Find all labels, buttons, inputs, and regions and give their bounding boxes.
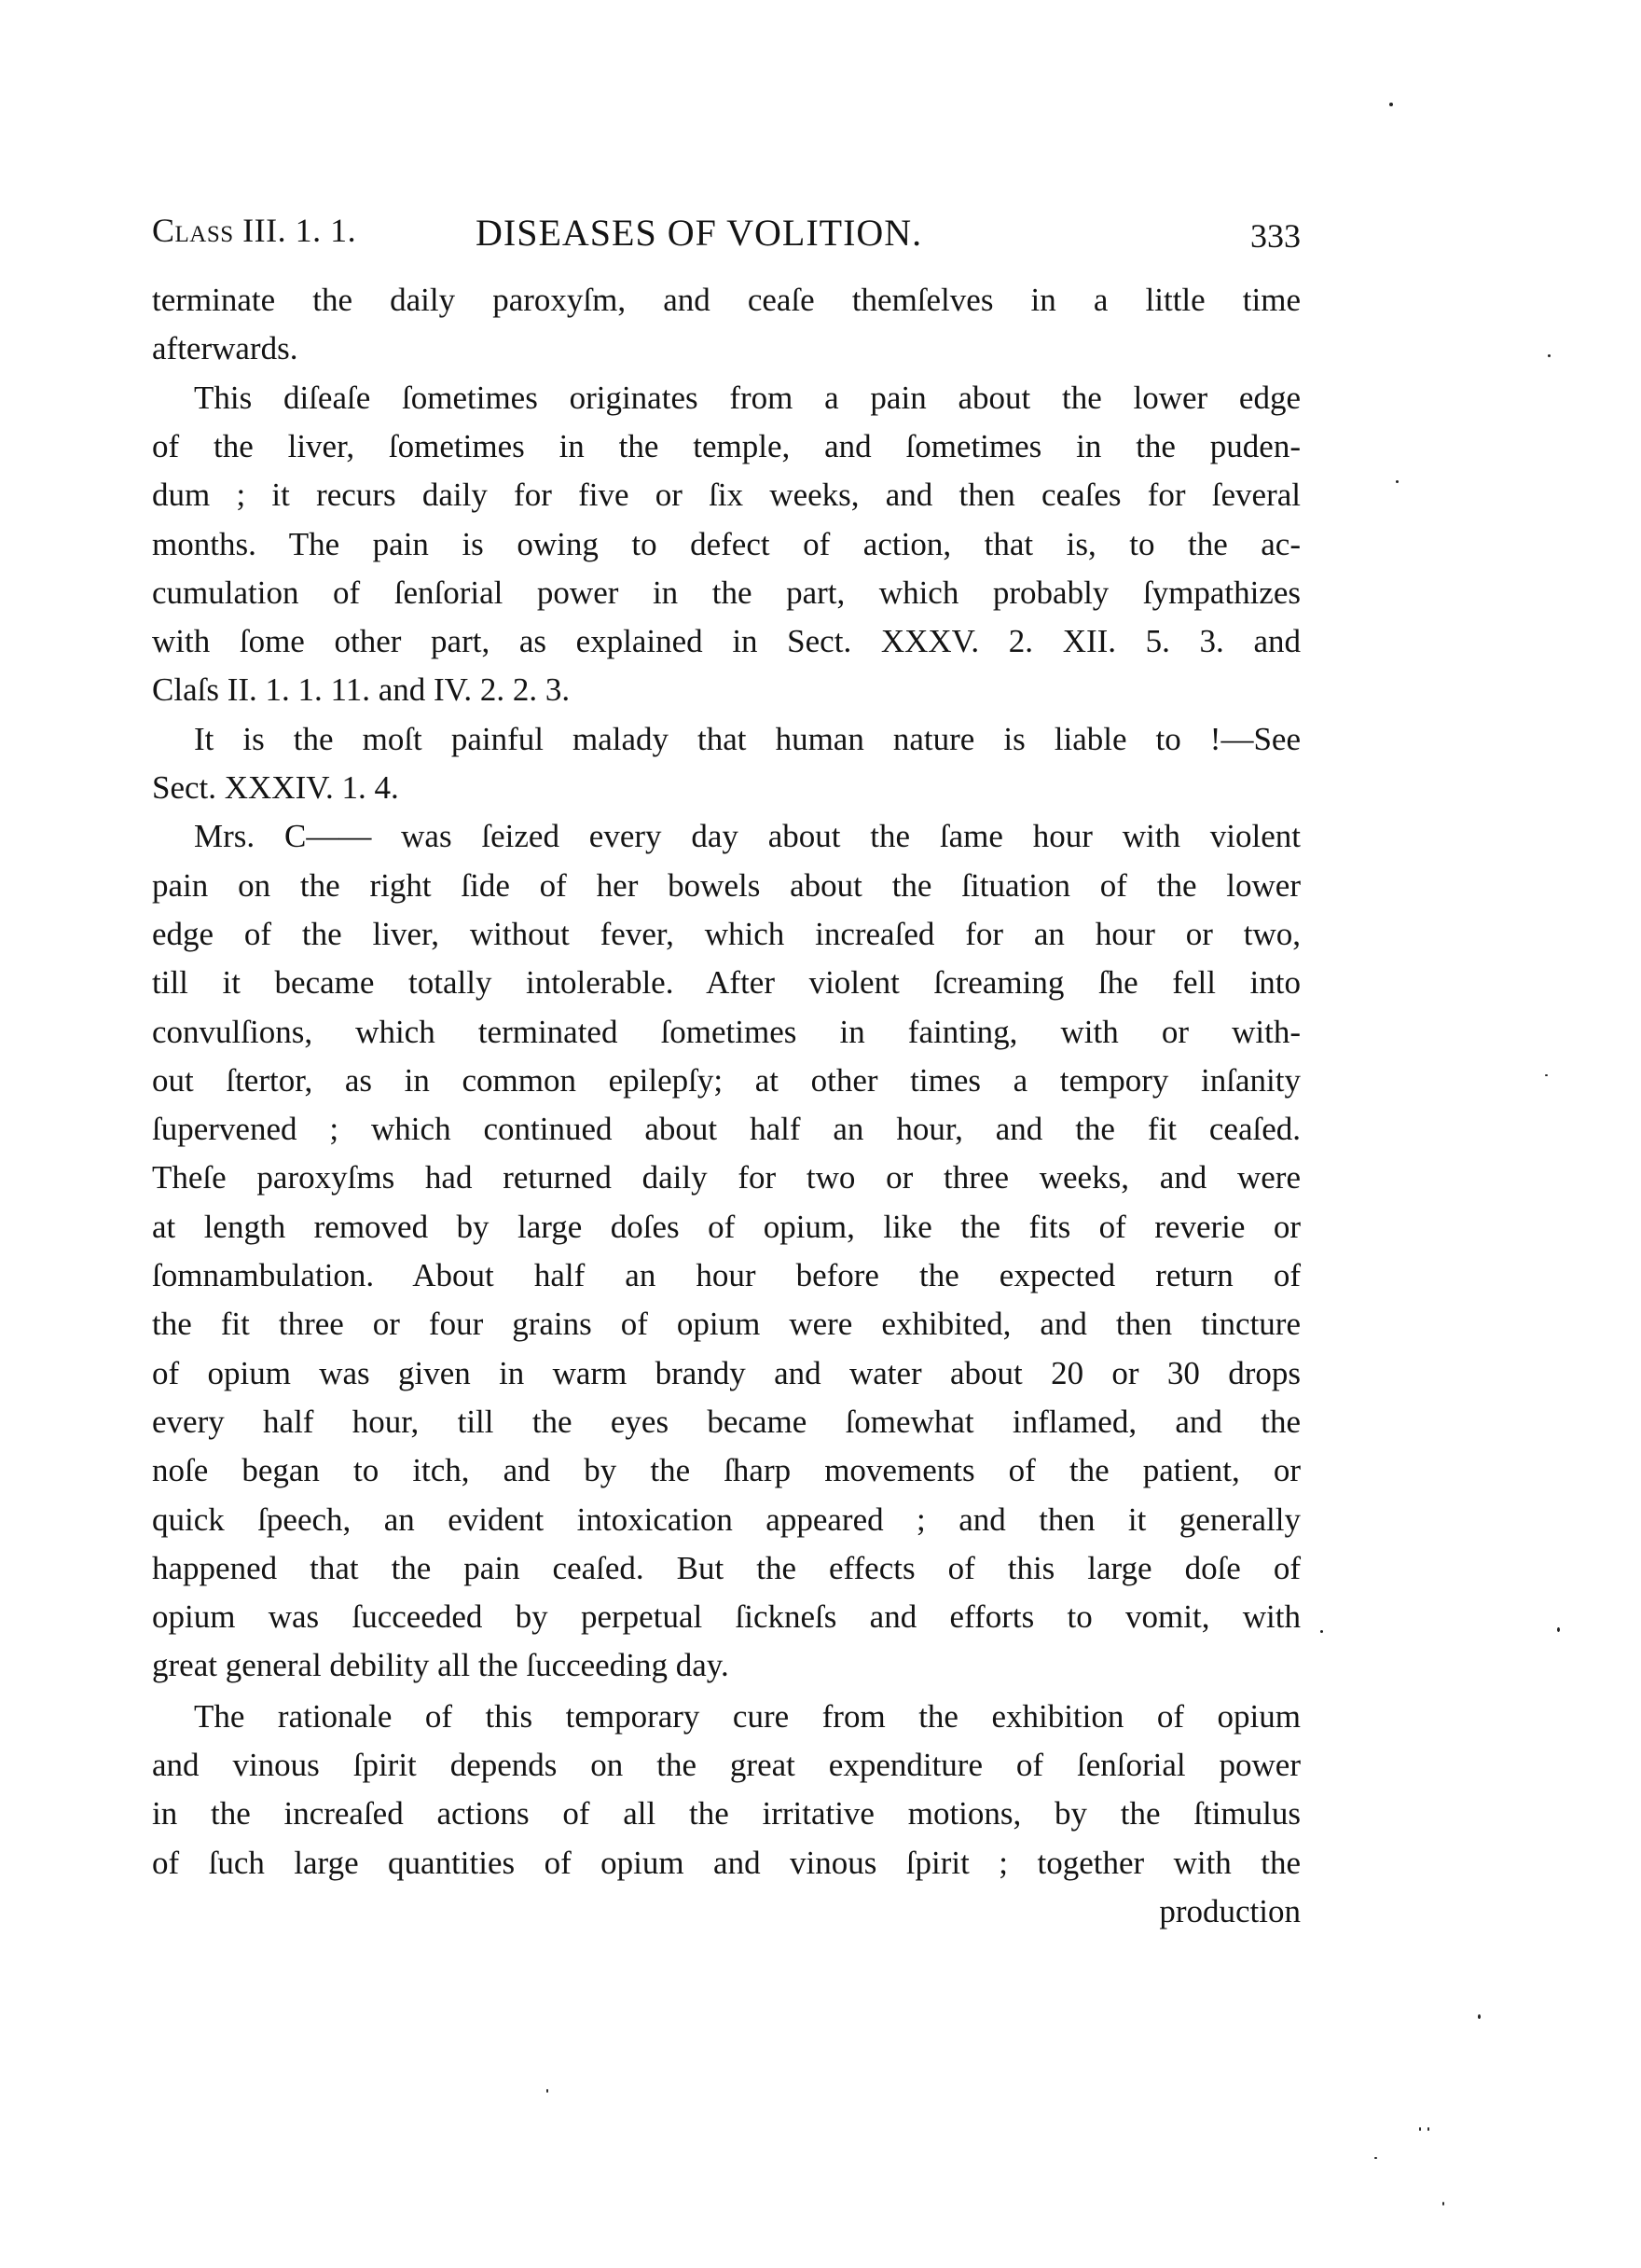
text-line: months. The pain is owing to defect of a… bbox=[152, 521, 1301, 568]
scan-speck bbox=[1545, 1074, 1548, 1076]
scan-speck bbox=[1442, 2202, 1444, 2206]
text-line: ſomnambulation. About half an hour befor… bbox=[152, 1252, 1301, 1299]
class-reference: Class III. 1. 1. bbox=[152, 211, 356, 250]
scan-speck bbox=[1427, 2127, 1429, 2131]
text-line: of opium was given in warm brandy and wa… bbox=[152, 1350, 1301, 1397]
text-line: opium was ſucceeded by perpetual ſickneſ… bbox=[152, 1594, 1301, 1640]
page-number: 333 bbox=[1250, 216, 1301, 256]
text-line: Theſe paroxyſms had returned daily for t… bbox=[152, 1155, 1301, 1201]
text-line: The rationale of this temporary cure fro… bbox=[194, 1694, 1301, 1740]
text-line: of ſuch large quantities of opium and vi… bbox=[152, 1840, 1301, 1887]
text-line: Sect. XXXIV. 1. 4. bbox=[152, 765, 1301, 811]
text-line: edge of the liver, without fever, which … bbox=[152, 911, 1301, 958]
scan-speck bbox=[546, 2089, 548, 2093]
catchword: production bbox=[152, 1888, 1301, 1935]
scan-speck bbox=[1419, 2127, 1421, 2131]
text-line: out ſtertor, as in common epilepſy; at o… bbox=[152, 1058, 1301, 1104]
text-line: every half hour, till the eyes became ſo… bbox=[152, 1399, 1301, 1445]
running-header: Class III. 1. 1. DISEASES OF VOLITION. 3… bbox=[152, 211, 1301, 257]
text-line: at length removed by large doſes of opiu… bbox=[152, 1204, 1301, 1251]
text-line: This diſeaſe ſometimes originates from a… bbox=[194, 375, 1301, 422]
scan-speck bbox=[1389, 103, 1393, 106]
text-line: till it became totally intolerable. Afte… bbox=[152, 960, 1301, 1006]
text-line: convulſions, which terminated ſometimes … bbox=[152, 1009, 1301, 1056]
text-line: afterwards. bbox=[152, 325, 1301, 372]
scan-speck bbox=[1478, 2014, 1481, 2019]
scan-speck bbox=[1320, 1630, 1323, 1633]
text-line: with ſome other part, as explained in Se… bbox=[152, 618, 1301, 665]
chapter-title: DISEASES OF VOLITION. bbox=[476, 211, 922, 255]
text-line: great general debility all the ſucceedin… bbox=[152, 1642, 1301, 1689]
scan-speck bbox=[1557, 1627, 1560, 1632]
book-page: Class III. 1. 1. DISEASES OF VOLITION. 3… bbox=[0, 0, 1641, 2268]
text-line: quick ſpeech, an evident intoxication ap… bbox=[152, 1497, 1301, 1543]
text-line: the fit three or four grains of opium we… bbox=[152, 1301, 1301, 1348]
text-line: and vinous ſpirit depends on the great e… bbox=[152, 1742, 1301, 1789]
scan-speck bbox=[1396, 480, 1399, 483]
text-line: noſe began to itch, and by the ſharp mov… bbox=[152, 1447, 1301, 1494]
text-line: dum ; it recurs daily for five or ſix we… bbox=[152, 472, 1301, 519]
text-line: happened that the pain ceaſed. But the e… bbox=[152, 1545, 1301, 1592]
class-number: III. 1. 1. bbox=[242, 212, 356, 249]
scan-speck bbox=[1548, 354, 1551, 357]
text-line: pain on the right ſide of her bowels abo… bbox=[152, 863, 1301, 909]
scan-speck bbox=[1374, 2157, 1377, 2159]
text-line: Claſs II. 1. 1. 11. and IV. 2. 2. 3. bbox=[152, 667, 1301, 713]
text-line: ſupervened ; which continued about half … bbox=[152, 1106, 1301, 1153]
text-line: cumulation of ſenſorial power in the par… bbox=[152, 570, 1301, 616]
text-line: terminate the daily paroxyſm, and ceaſe … bbox=[152, 277, 1301, 324]
class-label: Class bbox=[152, 212, 234, 249]
text-line: of the liver, ſometimes in the temple, a… bbox=[152, 423, 1301, 470]
text-line: in the increaſed actions of all the irri… bbox=[152, 1791, 1301, 1837]
text-line: It is the moſt painful malady that human… bbox=[194, 716, 1301, 763]
text-line: Mrs. C—— was ſeized every day about the … bbox=[194, 813, 1301, 860]
